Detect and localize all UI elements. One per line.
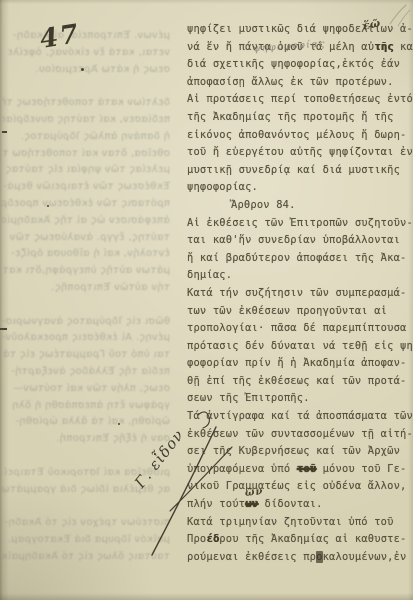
bleedthrough-line: ταύτης, ἔγγρ. ἀναλύσεως τῶν <box>2 230 170 247</box>
typed-line: τοῦ ἤ εὐεργέτου αὐτῆς ψηφίζονται ἐν <box>187 144 411 162</box>
bleedthrough-line: πεδία τῆς Ἑλλάδος ἀνεξαρτή- <box>2 364 170 381</box>
bleedthrough-line: ἡ δαπάνη ἁπλῶς Ἱδρύματος. <box>2 129 170 146</box>
bleedthrough-line: μάτων αὐτῆς ὑπεγράφη,ὅτι κατά <box>2 263 170 280</box>
bleedthrough-line: ἀπεφάσισεν ὡς αἱ τῆς Ἀκαδημίας <box>2 213 170 230</box>
bleedthrough-line: ἐντολήν, καί ἡ αἴθουσα ὁρίζε- <box>2 246 170 263</box>
paper-speck <box>81 68 84 71</box>
typed-line: Αἱ ἐκθέσεις τῶν Ἐπιτροπῶν συζητοῦν- <box>187 215 411 233</box>
bleedthrough-line: δελτίων κατά τοποθετήσεως τῆς <box>2 95 170 112</box>
typed-line: φοφορίαν πρίν ἤ ἡ Ἀκαδημία ἀποφαν- <box>187 355 411 373</box>
bleedthrough-line: μένων. Ἐπιτροπεία, αἱ Ἀκαδη- <box>2 28 170 45</box>
bleedthrough-line: σθεῖσα, ὅταν καί τοποθετήσω τῆς <box>2 146 170 163</box>
bleedthrough-line: μελείας τῶν ψηφίαι εἰς ταύτας <box>2 162 170 179</box>
typed-line: ψηφοφορίας. <box>187 179 411 197</box>
typed-line: διά σχετικῆς ψηφοφορίας,ἐκτός ἐάν <box>187 56 411 74</box>
bleedthrough-line: πρότασις τῶν ἐκθέσεων προεδρία <box>2 196 170 213</box>
margin-signature-scrawl: Γ. εἶδον <box>128 405 260 570</box>
typed-line: ἤ καί βραδύτερον ἀποφάσει τῆς Ἀκα- <box>187 250 411 268</box>
bleedthrough-line: σεως, πλήν τῶν καί τούτων— <box>2 381 170 398</box>
page-number: 47 <box>38 19 82 55</box>
paper-speck <box>47 205 49 207</box>
typed-line: εἰκόνος ἀποθανόντος μέλους ἤ δωρη- <box>187 127 411 145</box>
typed-line: δημίας. <box>187 267 411 285</box>
bleedthrough-line: θῶσι εἰς Ἱδρύματος ἀναγνωρισ- <box>2 314 170 331</box>
typed-line: των τῶν ἐκθέσεων προηγοῦνται αἱ <box>187 303 411 321</box>
bleedthrough-line: σεως ἡ κάτω Ἀρτεμισίου. <box>2 62 170 79</box>
typed-line: τῆς Ἀκαδημίας τῆς προτομῆς ἤ τῆς <box>187 109 411 127</box>
bleedthrough-line: Ἐκθέσεως τῶν ἑταιρειῶν θεμά- <box>2 179 170 196</box>
bleedthrough-line: πεδίασεν, καί ταύτης συνεδρίας <box>2 112 170 129</box>
typed-line: θῇ ἐπί τῆς ἐκθέσεως καί τῶν προτά- <box>187 373 411 391</box>
scanned-document-page: μένων. Ἐπιτροπεία, αἱ Ἀκαδη-νεται, κατά … <box>0 0 413 600</box>
bleedthrough-line <box>2 297 170 314</box>
typed-line: Κατά τήν συζήτησιν τῶν συμπερασμά- <box>187 285 411 303</box>
bleedthrough-line <box>2 78 170 95</box>
typed-line: τροπολογίαι· πᾶσα δέ παρεμπίπτουσα <box>187 320 411 338</box>
typed-line: ται καθ'ἥν συνεδρίαν ὑποβάλλονται <box>187 232 411 250</box>
typed-line: ἀποφασίσῃ ἄλλως ἐκ τῶν προτέρων. <box>187 74 411 92</box>
bleedthrough-line: ται ὑπό τοῦ Γραμματέως εἰς τά <box>2 347 170 364</box>
typed-line: Αἱ προτάσεις περί τοποθετήσεως ἐντός <box>187 91 411 109</box>
paper-speck <box>0 328 7 330</box>
paper-speck <box>2 131 7 133</box>
bleedthrough-line: νεται, κατά ἕν εἰκόνας, ὀφείλε <box>2 45 170 62</box>
typed-line: πρότασις δέν δύναται νά τεθῇ εἰς ψη- <box>187 338 411 356</box>
bleedthrough-line: τήν αὐτῶν Ἐπιτροπῆς. <box>2 280 170 297</box>
typed-line: Ἄρθρον 84. <box>187 197 411 215</box>
margin-scrawl-text: Γ. εἶδον <box>130 425 188 492</box>
bleedthrough-line: μένης. Αἱ ἐκθέσεις προεκαλοῦν- <box>2 330 170 347</box>
paper-speck <box>118 423 120 425</box>
typed-line: μυστικῇ συνεδρίᾳ καί διά μυστικῆς <box>187 162 411 180</box>
